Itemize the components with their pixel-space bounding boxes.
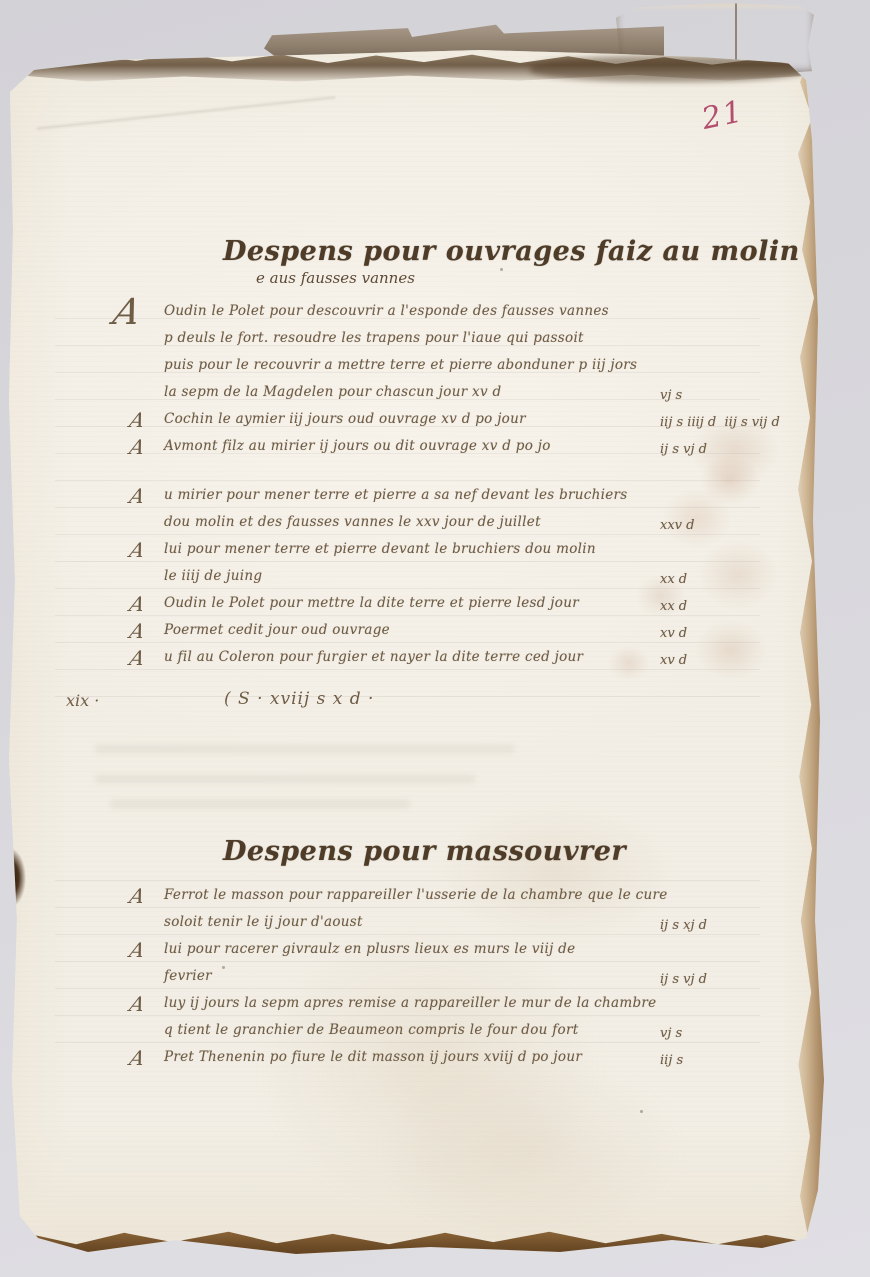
ledger-entry: Alui pour racerer givraulz en plusrs lie… (128, 936, 788, 990)
sum-total: ( S · xviij s x d · (224, 689, 374, 709)
folio-number: 21 (699, 94, 748, 137)
entry-initial-glyph: A (127, 646, 147, 670)
entry-line: puis pour le recouvrir a mettre terre et… (164, 352, 788, 379)
ledger-entry: AOudin le Polet pour descouvrir a l'espo… (128, 298, 788, 406)
entry-line: la sepm de la Magdelen pour chascun jour… (164, 379, 788, 406)
ledger-entry: ACochin le aymier iij jours oud ouvrage … (128, 406, 788, 433)
entry-amount: xv d (660, 626, 687, 641)
entry-initial-glyph: A (127, 1046, 147, 1070)
paper-crease (37, 96, 336, 129)
text-showthrough (95, 745, 515, 753)
entry-line: Ferrot le masson pour rappareiller l'uss… (164, 882, 788, 909)
entry-amount: ij s xj d (660, 918, 707, 933)
ledger-entry: AFerrot le masson pour rappareiller l'us… (128, 882, 788, 936)
entry-line: Pret Thenenin po fiure le dit masson ij … (164, 1044, 788, 1071)
entry-initial-glyph: A (110, 292, 145, 333)
entry-initial-glyph: A (127, 992, 147, 1016)
ledger-entry: Au mirier pour mener terre et pierre a s… (128, 482, 788, 536)
entries: AOudin le Polet pour descouvrir a l'espo… (128, 298, 788, 671)
entry-initial-glyph: A (127, 435, 147, 459)
sum-margin-note: xix · (66, 691, 99, 710)
entries: AFerrot le masson pour rappareiller l'us… (128, 882, 788, 1071)
entry-line: u mirier pour mener terre et pierre a sa… (164, 482, 788, 509)
section-masonry-works: Despens pour massouvrer AFerrot le masso… (128, 836, 788, 1071)
ink-speck (640, 1110, 643, 1113)
entry-line: lui pour mener terre et pierre devant le… (164, 536, 788, 563)
entry-initial-glyph: A (127, 408, 147, 432)
section-subheading: e aus fausses vannes (128, 268, 788, 288)
section-mill-works: Despens pour ouvrages faiz au molin e au… (128, 236, 788, 717)
manuscript-page: 21 Despens pour ouvrages faiz au molin e… (0, 0, 870, 1277)
deckle-bottom-edge (12, 1212, 814, 1264)
entry-amount: vj s (660, 388, 682, 403)
entry-amount: iij s iiij d iij s vij d (660, 415, 780, 430)
text-showthrough (110, 800, 410, 808)
entry-initial-glyph: A (127, 538, 147, 562)
entry-line: Poermet cedit jour oud ouvrage (164, 617, 788, 644)
entry-amount: xxv d (660, 518, 694, 533)
entry-amount: ij s vj d (660, 442, 707, 457)
dark-spot-left-edge (0, 848, 26, 908)
entry-line: luy ij jours la sepm apres remise a rapp… (164, 990, 788, 1017)
entry-line: Oudin le Polet pour mettre la dite terre… (164, 590, 788, 617)
ledger-entry: Au fil au Coleron pour furgier et nayer … (128, 644, 788, 671)
ledger-entry: APret Thenenin po fiure le dit masson ij… (128, 1044, 788, 1071)
entry-line: u fil au Coleron pour furgier et nayer l… (164, 644, 788, 671)
entry-amount: xx d (660, 572, 687, 587)
entry-line: lui pour racerer givraulz en plusrs lieu… (164, 936, 788, 963)
entry-amount: xv d (660, 653, 687, 668)
entry-amount: vj s (660, 1026, 682, 1041)
large-water-stain (380, 1060, 680, 1240)
section-heading: Despens pour ouvrages faiz au molin (128, 236, 788, 268)
entry-initial-glyph: A (127, 484, 147, 508)
dark-spot-left-edge-small (2, 902, 16, 918)
entry-line: Oudin le Polet pour descouvrir a l'espon… (164, 298, 788, 325)
text-showthrough (95, 775, 475, 783)
manuscript-photo: { "photo": { "page_number": "21", "backg… (0, 0, 870, 1277)
entry-amount: xx d (660, 599, 687, 614)
ledger-entry: AOudin le Polet pour mettre la dite terr… (128, 590, 788, 617)
entry-initial-glyph: A (127, 619, 147, 643)
entry-line: q tient le granchier de Beaumeon compris… (164, 1017, 788, 1044)
entry-amount: ij s vj d (660, 972, 707, 987)
section-heading: Despens pour massouvrer (128, 836, 788, 868)
ledger-entry: APoermet cedit jour oud ouvragexv d (128, 617, 788, 644)
entry-amount: iij s (660, 1053, 683, 1068)
entry-initial-glyph: A (127, 884, 147, 908)
sum-row: xix · ( S · xviij s x d · (128, 689, 788, 717)
ledger-entry: AAvmont filz au mirier ij jours ou dit o… (128, 433, 788, 460)
entry-line: le iiij de juing (164, 563, 788, 590)
ledger-entry: Aluy ij jours la sepm apres remise a rap… (128, 990, 788, 1044)
entry-initial-glyph: A (127, 592, 147, 616)
entry-initial-glyph: A (127, 938, 147, 962)
entry-line: p deuls le fort. resoudre les trapens po… (164, 325, 788, 352)
ledger-entry: Alui pour mener terre et pierre devant l… (128, 536, 788, 590)
